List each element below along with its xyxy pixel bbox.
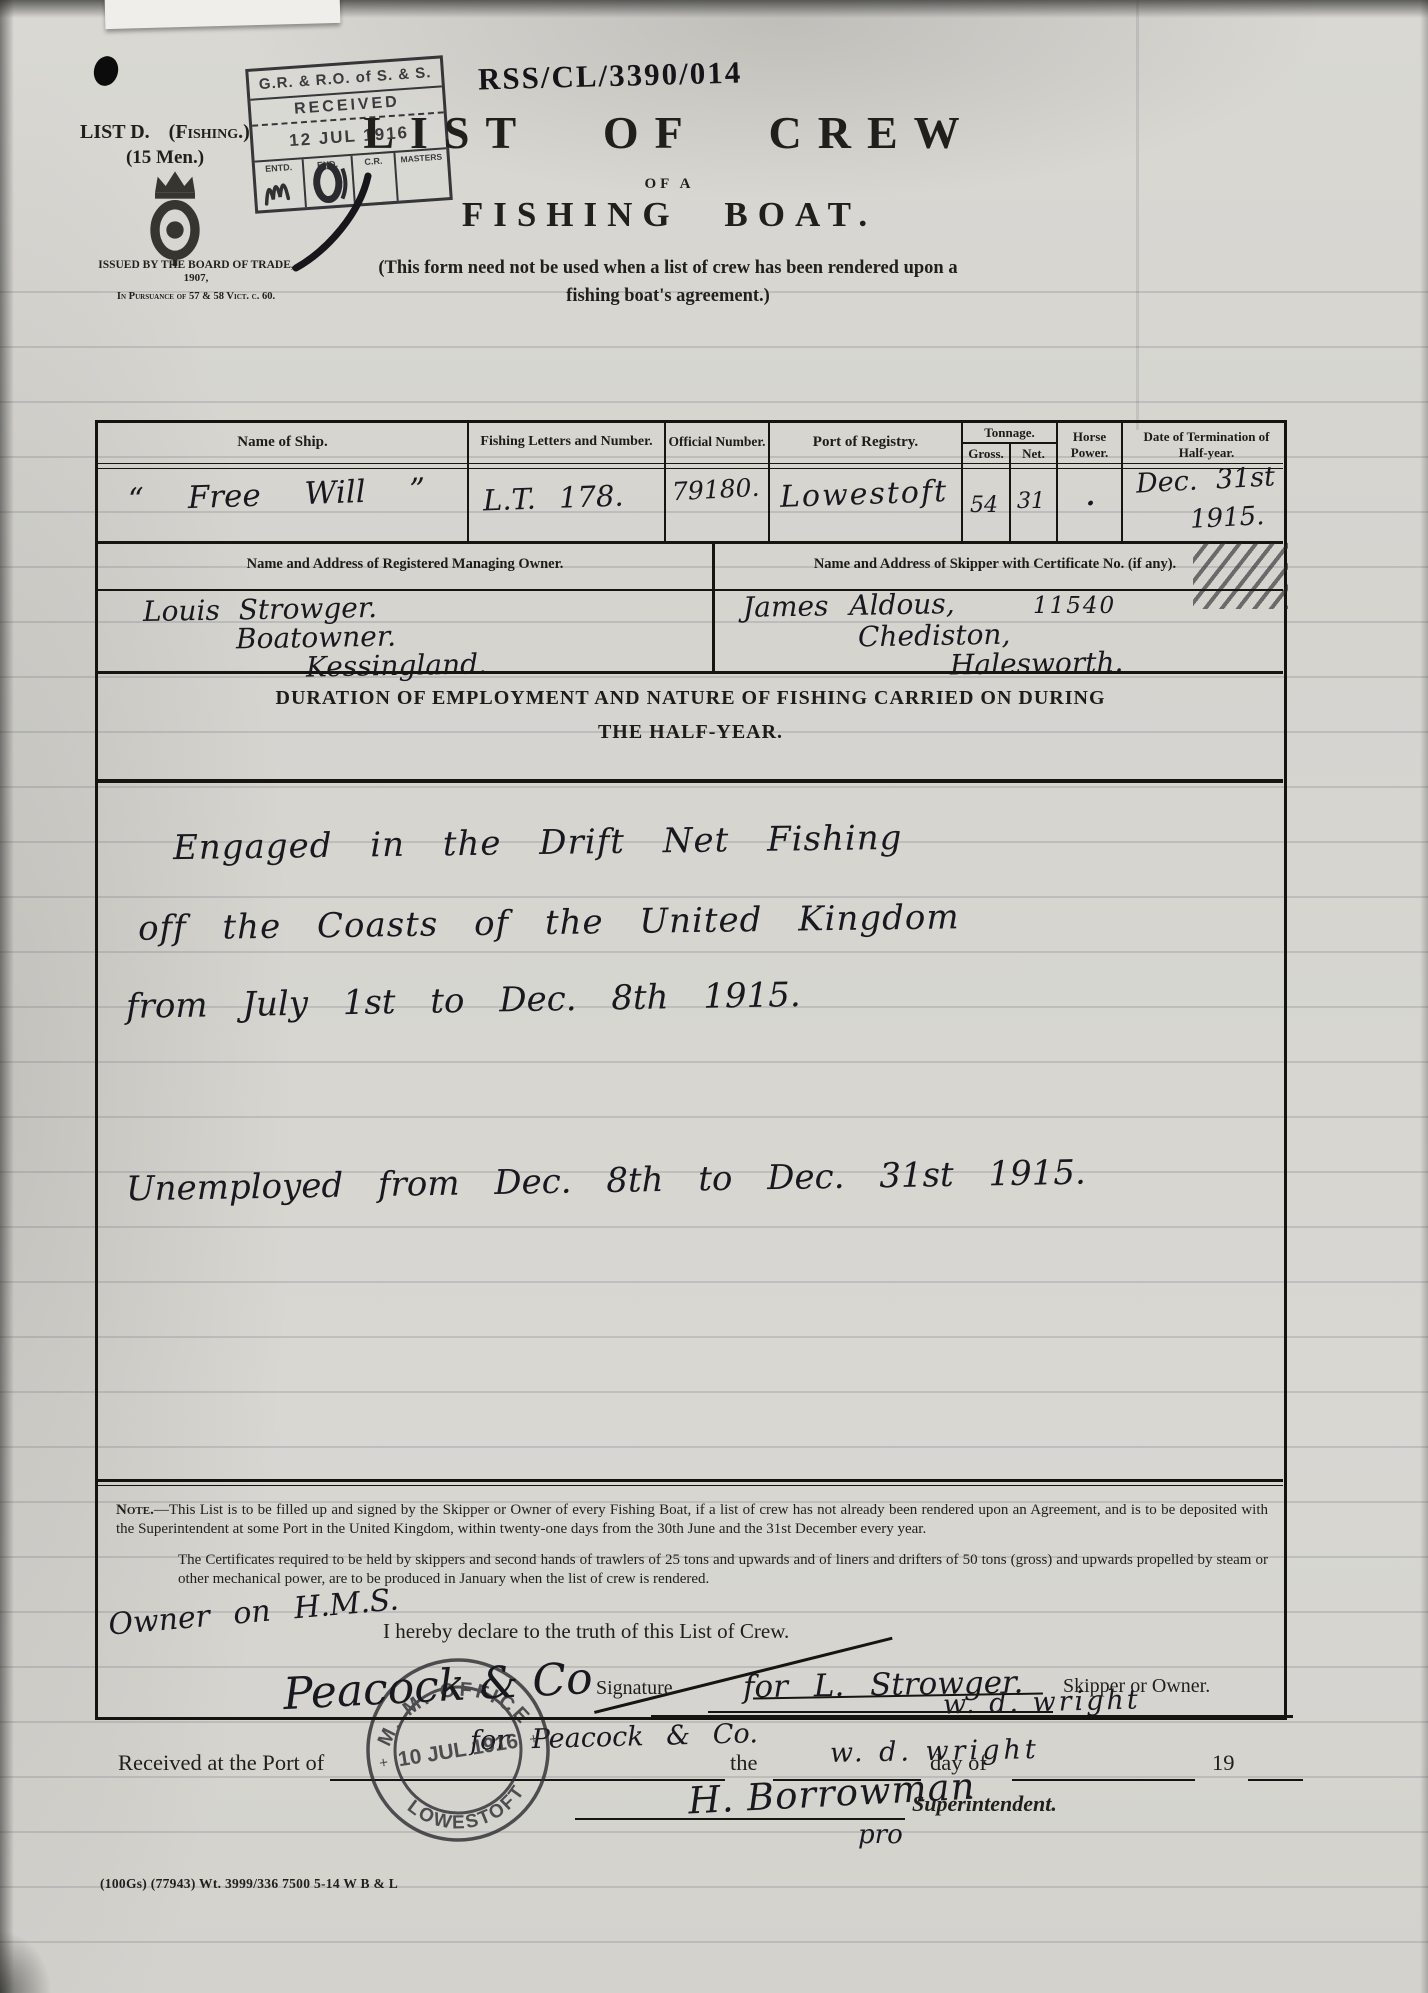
stamp-date-text: 10 JUL 1916 — [397, 1730, 520, 1772]
superintendent-line — [575, 1818, 905, 1820]
scanned-document-page: G.R. & R.O. of S. & S. RECEIVED 12 JUL 1… — [0, 0, 1428, 1993]
value-owner-address: Kessingland. — [306, 647, 487, 683]
received-year-line — [1248, 1779, 1303, 1781]
title-fishing-boat: FISHING BOAT. — [312, 195, 1027, 235]
value-tonnage-net: 31 — [1017, 489, 1045, 514]
list-d-label: LIST D. (Fishing.) — [80, 121, 250, 144]
hole-punch-mark — [91, 54, 122, 89]
declaration-text: I hereby declare to the truth of this Li… — [383, 1619, 789, 1644]
printer-imprint: (100Gs) (77943) Wt. 3999/336 7500 5-14 W… — [100, 1876, 398, 1892]
signature-label: Signature — [596, 1677, 673, 1700]
lower-signature-line — [651, 1715, 1293, 1718]
form-usage-note: (This form need not be used when a list … — [296, 255, 1040, 311]
duration-entry-4: Unemployed from Dec. 8th to Dec. 31st 19… — [126, 1153, 1086, 1210]
form-usage-note-line-1: (This form need not be used when a list … — [296, 255, 1040, 283]
header-port-of-registry: Port of Registry. — [770, 434, 961, 451]
note-paragraph-2: The Certificates required to be held by … — [178, 1551, 1268, 1589]
duration-entry-3: from July 1st to Dec. 8th 1915. — [126, 975, 801, 1027]
torn-paper-patch — [105, 0, 341, 29]
issued-by-block: ISSUED BY THE BOARD OF TRADE, 1907, In P… — [68, 258, 324, 303]
superintendent-label: Superintendent. — [912, 1791, 1057, 1817]
list-d-text: LIST D. — [80, 121, 150, 143]
note-label: Note. — [116, 1502, 154, 1518]
right-edge-shadow — [1420, 0, 1428, 1993]
duration-entry-2: off the Coasts of the United Kingdom — [138, 897, 960, 948]
section-divider-thick — [98, 671, 1283, 674]
tonnage-subheader-line — [961, 442, 1058, 444]
issued-line-3: In Pursuance of 57 & 58 Vict. c. 60. — [68, 290, 324, 303]
header-termination-line-2: Half-year. — [1123, 445, 1290, 461]
header-managing-owner: Name and Address of Registered Managing … — [98, 556, 712, 573]
header-tonnage-gross: Gross. — [963, 446, 1009, 462]
owner-header-rule — [98, 589, 1283, 591]
value-official-number: 79180. — [671, 473, 760, 507]
header-double-rule — [98, 463, 1283, 469]
stamp-plus-right: + — [528, 1730, 540, 1748]
header-horse-line-1: Horse — [1058, 429, 1121, 445]
value-tonnage-gross: 54 — [970, 493, 998, 518]
issued-line-2: 1907, — [68, 272, 324, 286]
note-paragraph-1-text: —This List is to be filled up and signed… — [116, 1502, 1268, 1537]
value-termination-date-line-2: 1915. — [1189, 501, 1265, 535]
handwritten-peacock-signature: Peacock & Co — [282, 1653, 594, 1720]
header-termination-line-1: Date of Termination of — [1123, 429, 1290, 445]
header-tonnage-net: Net. — [1011, 446, 1056, 462]
header-horse-line-2: Power. — [1058, 445, 1121, 461]
duration-heading-line-2: THE HALF-YEAR. — [98, 721, 1283, 744]
superintendent-pro: pro — [858, 1820, 903, 1850]
received-at-port-label: Received at the Port of — [118, 1750, 324, 1776]
header-termination-date: Date of Termination of Half-year. — [1123, 429, 1290, 462]
duration-heading-line-1: DURATION OF EMPLOYMENT AND NATURE OF FIS… — [98, 687, 1283, 710]
header-tonnage: Tonnage. — [963, 425, 1056, 441]
value-skipper-certificate-number: 11540 — [1033, 593, 1116, 619]
issued-line-1: ISSUED BY THE BOARD OF TRADE, — [68, 258, 324, 272]
corner-smudge — [0, 1930, 52, 1993]
hatch-marks — [1193, 543, 1288, 609]
row-divider — [98, 541, 1283, 544]
handwritten-owner-note: Owner on H.M.S. — [107, 1582, 400, 1642]
page-title: LIST OF CREW — [312, 106, 1027, 159]
stamp-plus-left: + — [378, 1754, 390, 1772]
header-fishing-letters: Fishing Letters and Number. — [469, 434, 664, 450]
section-divider-thick — [98, 779, 1283, 783]
handwritten-reference-number: RSS/CL/3390/014 — [478, 55, 743, 98]
value-fishing-letters: L.T. 178. — [482, 479, 624, 518]
note-paragraph-1: Note.—This List is to be filled up and s… — [116, 1501, 1268, 1539]
header-official-number: Official Number. — [666, 434, 768, 450]
form-usage-note-line-2: fishing boat's agreement.) — [296, 283, 1040, 311]
value-skipper-address-2: Halesworth. — [950, 645, 1124, 681]
note-divider — [98, 1479, 1283, 1486]
value-termination-date-line-1: Dec. 31st — [1135, 461, 1275, 499]
received-year-label: 19 — [1212, 1750, 1235, 1776]
value-horse-power: · — [1086, 489, 1095, 519]
crew-list-form: Name of Ship. Fishing Letters and Number… — [95, 420, 1287, 1720]
left-edge-shadow — [0, 0, 14, 1993]
title-of-a: OF A — [312, 176, 1027, 193]
duration-entry-1: Engaged in the Drift Net Fishing — [173, 818, 903, 868]
value-name-of-ship: “ Free Will ” — [127, 472, 425, 518]
fold-line — [1136, 0, 1139, 430]
value-port-of-registry: Lowestoft — [779, 474, 948, 515]
board-of-trade-crest-icon — [133, 166, 217, 270]
received-the-label: the — [730, 1750, 758, 1776]
header-skipper-certificate: Name and Address of Skipper with Certifi… — [715, 556, 1275, 573]
received-month-line — [1012, 1779, 1195, 1781]
header-horse-power: Horse Power. — [1058, 429, 1121, 460]
list-d-fishing-text: (Fishing.) — [169, 121, 250, 143]
header-name-of-ship: Name of Ship. — [98, 434, 467, 451]
